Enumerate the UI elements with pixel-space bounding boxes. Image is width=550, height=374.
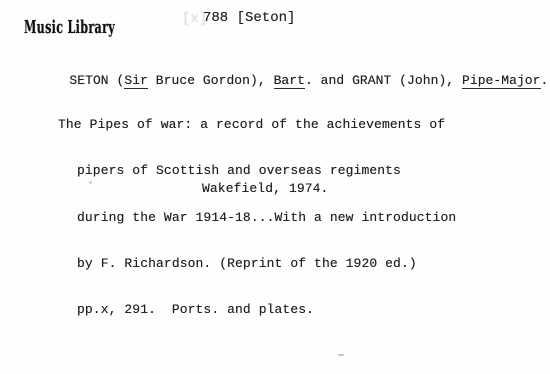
- imprint-line: Wakefield, 1974.: [202, 181, 328, 197]
- title-paragraph: The Pipes of war: a record of the achiev…: [58, 87, 456, 348]
- heading-segment: Bruce Gordon),: [148, 73, 274, 88]
- catalog-card: Music Library [x] 788 [Seton] SETON (Sir…: [0, 0, 550, 374]
- scan-speck-artifact: [89, 181, 92, 184]
- heading-segment-underlined: Pipe-Major: [462, 73, 541, 89]
- heading-segment: .: [541, 73, 549, 88]
- title-line: pipers of Scottish and overseas regiment…: [77, 163, 456, 179]
- collation-line: pp.x, 291. Ports. and plates.: [77, 302, 456, 318]
- title-line: The Pipes of war: a record of the achiev…: [58, 117, 456, 133]
- title-line: by F. Richardson. (Reprint of the 1920 e…: [77, 256, 456, 272]
- scan-dash-artifact: [338, 354, 344, 356]
- call-number: 788 [Seton]: [203, 9, 295, 27]
- heading-segment: SETON (: [69, 73, 124, 88]
- library-stamp: Music Library: [24, 19, 115, 37]
- heading-segment: . and GRANT (John),: [305, 73, 462, 88]
- title-line: during the War 1914-18...With a new intr…: [77, 210, 456, 226]
